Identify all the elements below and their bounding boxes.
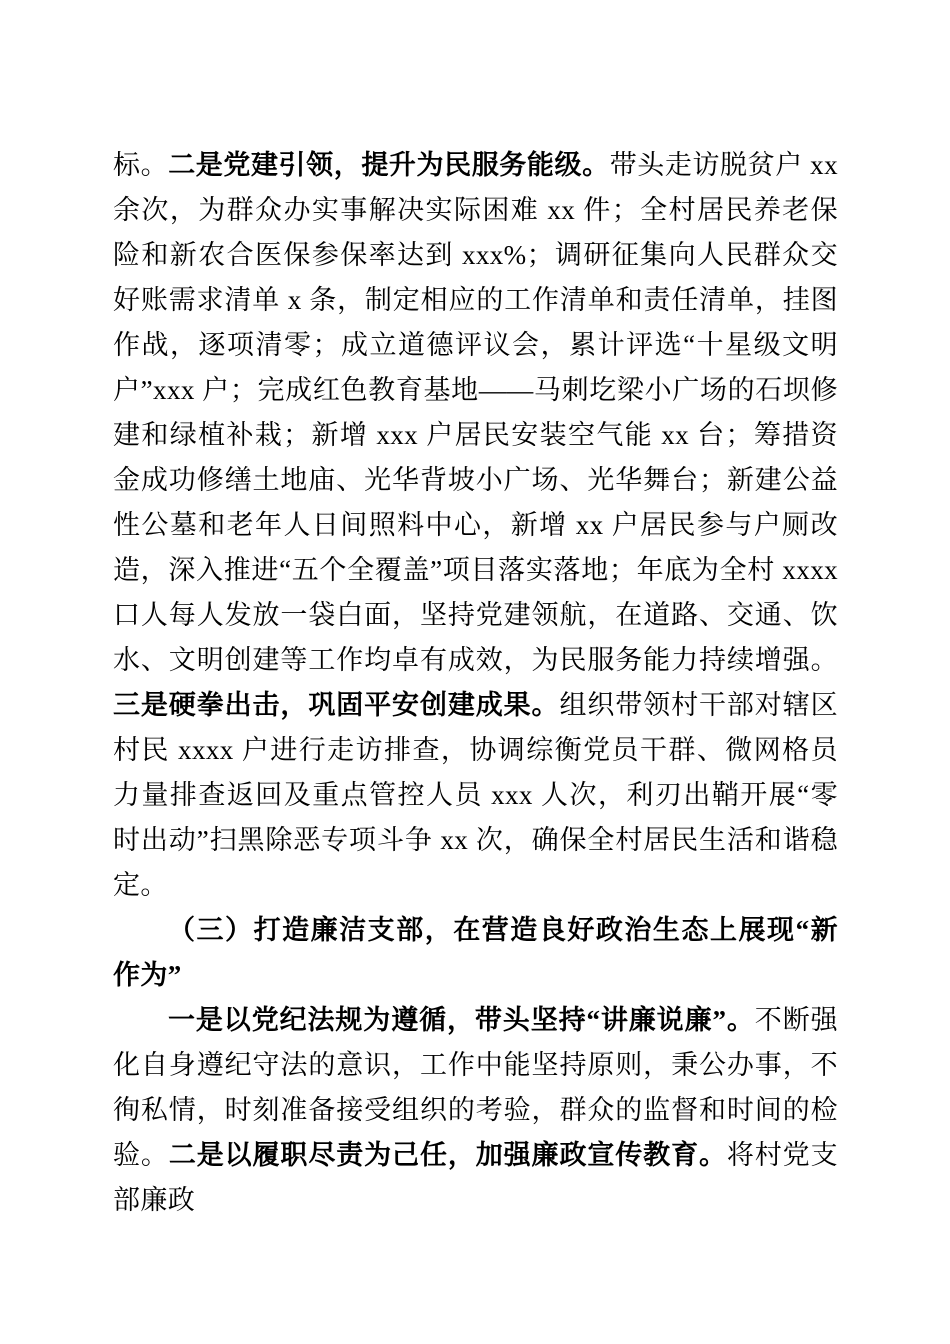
paragraph-clean-governance: 一是以党纪法规为遵循，带头坚持“讲廉说廉”。不断强化自身遵纪守法的意识，工作中能… [113,998,838,1223]
text-run: 组织带领村干部对辖区村民 xxxx 户进行走访排查，协调综衡党员干群、微网格员力… [113,690,838,900]
text-run: 标。 [113,150,168,180]
text-run: 带头走访脱贫户 xx 余次，为群众办实事解决实际困难 xx 件；全村居民养老保险… [113,150,838,675]
emphasis-text-run: 二是党建引领，提升为民服务能级。 [168,150,610,180]
document-page: 标。二是党建引领，提升为民服务能级。带头走访脱贫户 xx 余次，为群众办实事解决… [0,0,950,1344]
emphasis-text-run: （三）打造廉洁支部，在营造良好政治生态上展现“新作为” [113,915,838,990]
paragraph-continuation-service: 标。二是党建引领，提升为民服务能级。带头走访脱贫户 xx 余次，为群众办实事解决… [113,143,838,908]
emphasis-text-run: 二是以履职尽责为己任，加强廉政宣传教育。 [169,1140,727,1170]
emphasis-text-run: 一是以党纪法规为遵循，带头坚持“讲廉说廉”。 [168,1005,755,1035]
paragraph-heading-section-three: （三）打造廉洁支部，在营造良好政治生态上展现“新作为” [113,908,838,998]
document-body: 标。二是党建引领，提升为民服务能级。带头走访脱贫户 xx 余次，为群众办实事解决… [113,143,838,1223]
emphasis-text-run: 三是硬拳出击，巩固平安创建成果。 [113,690,559,720]
